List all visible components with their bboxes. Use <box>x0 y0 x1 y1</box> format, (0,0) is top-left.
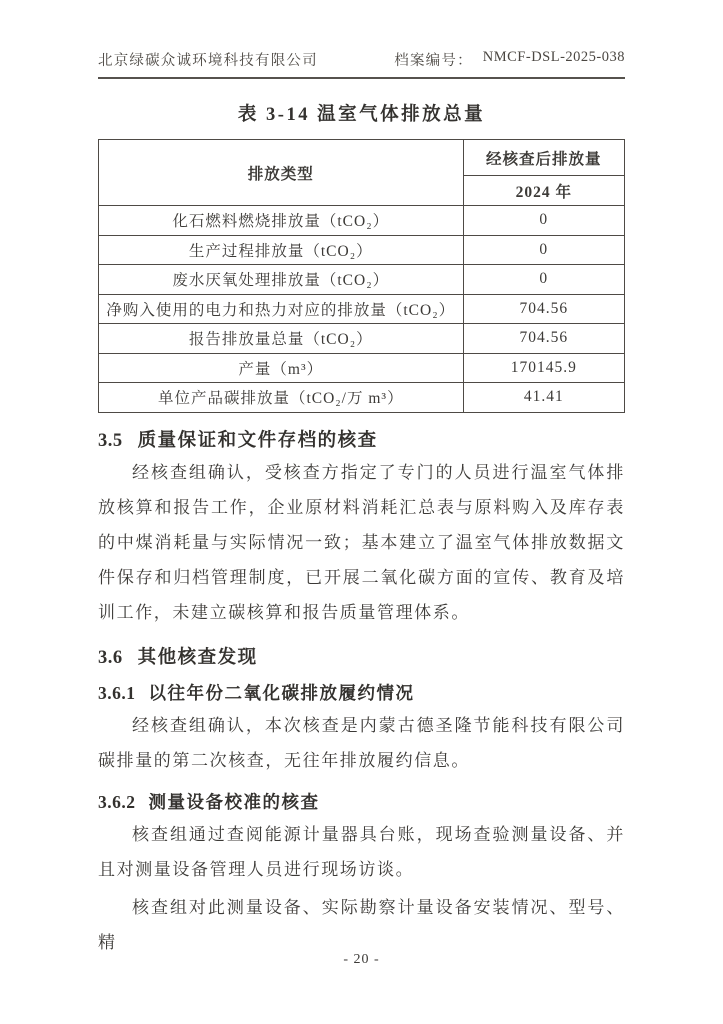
paragraph: 经核查组确认，受核查方指定了专门的人员进行温室气体排放核算和报告工作，企业原材料… <box>98 455 625 630</box>
header-file-info: 档案编号： NMCF-DSL-2025-038 <box>394 49 625 70</box>
file-number-label: 档案编号： <box>394 49 473 70</box>
row-value: 41.41 <box>463 383 624 413</box>
table-row: 净购入使用的电力和热力对应的排放量（tCO₂） 704.56 <box>99 294 625 324</box>
row-value: 0 <box>463 265 624 295</box>
column-header-emission-type: 排放类型 <box>99 140 464 206</box>
section-title: 质量保证和文件存档的核查 <box>138 431 378 451</box>
section-number: 3.6 <box>98 648 123 668</box>
column-header-verified-emissions: 经核查后排放量 <box>463 140 624 176</box>
row-label: 报告排放量总量（tCO₂） <box>99 324 464 354</box>
table-row: 生产过程排放量（tCO₂） 0 <box>99 235 625 265</box>
header-company-name: 北京绿碳众诚环境科技有限公司 <box>98 49 318 70</box>
row-value: 170145.9 <box>463 353 624 383</box>
table-row: 单位产品碳排放量（tCO₂/万 m³） 41.41 <box>99 383 625 413</box>
row-value: 704.56 <box>463 324 624 354</box>
page-header: 北京绿碳众诚环境科技有限公司 档案编号： NMCF-DSL-2025-038 <box>98 0 625 79</box>
table-caption: 表 3-14 温室气体排放总量 <box>98 100 625 126</box>
section-title: 其他核查发现 <box>138 648 258 668</box>
paragraph: 核查组通过查阅能源计量器具台账，现场查验测量设备、并且对测量设备管理人员进行现场… <box>98 817 625 887</box>
table-row: 报告排放量总量（tCO₂） 704.56 <box>99 324 625 354</box>
emissions-table: 排放类型 经核查后排放量 2024 年 化石燃料燃烧排放量（tCO₂） 0 生产… <box>98 139 625 413</box>
section-heading-3-5: 3.5质量保证和文件存档的核查 <box>98 426 625 452</box>
row-label: 单位产品碳排放量（tCO₂/万 m³） <box>99 383 464 413</box>
section-heading-3-6-2: 3.6.2测量设备校准的核查 <box>98 789 625 814</box>
section-number: 3.6.1 <box>98 683 136 703</box>
table-row: 废水厌氧处理排放量（tCO₂） 0 <box>99 265 625 295</box>
section-number: 3.5 <box>98 431 123 451</box>
row-label: 废水厌氧处理排放量（tCO₂） <box>99 265 464 295</box>
table-row: 产量（m³） 170145.9 <box>99 353 625 383</box>
section-heading-3-6-1: 3.6.1以往年份二氧化碳排放履约情况 <box>98 680 625 705</box>
paragraph: 核查组对此测量设备、实际勘察计量设备安装情况、型号、精 <box>98 890 625 960</box>
column-subheader-year: 2024 年 <box>463 176 624 206</box>
page-number: - 20 - <box>0 952 723 968</box>
section-title: 以往年份二氧化碳排放履约情况 <box>149 683 415 703</box>
section-title: 测量设备校准的核查 <box>149 792 320 812</box>
row-label: 净购入使用的电力和热力对应的排放量（tCO₂） <box>99 294 464 324</box>
row-value: 704.56 <box>463 294 624 324</box>
page-content: 北京绿碳众诚环境科技有限公司 档案编号： NMCF-DSL-2025-038 表… <box>0 0 723 960</box>
row-label: 生产过程排放量（tCO₂） <box>99 235 464 265</box>
document-page: 北京绿碳众诚环境科技有限公司 档案编号： NMCF-DSL-2025-038 表… <box>0 0 723 1024</box>
row-label: 产量（m³） <box>99 353 464 383</box>
section-heading-3-6: 3.6其他核查发现 <box>98 643 625 669</box>
section-number: 3.6.2 <box>98 792 136 812</box>
row-value: 0 <box>463 235 624 265</box>
paragraph: 经核查组确认，本次核查是内蒙古德圣隆节能科技有限公司碳排量的第二次核查，无往年排… <box>98 708 625 778</box>
file-number-value: NMCF-DSL-2025-038 <box>483 49 625 70</box>
row-value: 0 <box>463 206 624 236</box>
row-label: 化石燃料燃烧排放量（tCO₂） <box>99 206 464 236</box>
table-row: 化石燃料燃烧排放量（tCO₂） 0 <box>99 206 625 236</box>
